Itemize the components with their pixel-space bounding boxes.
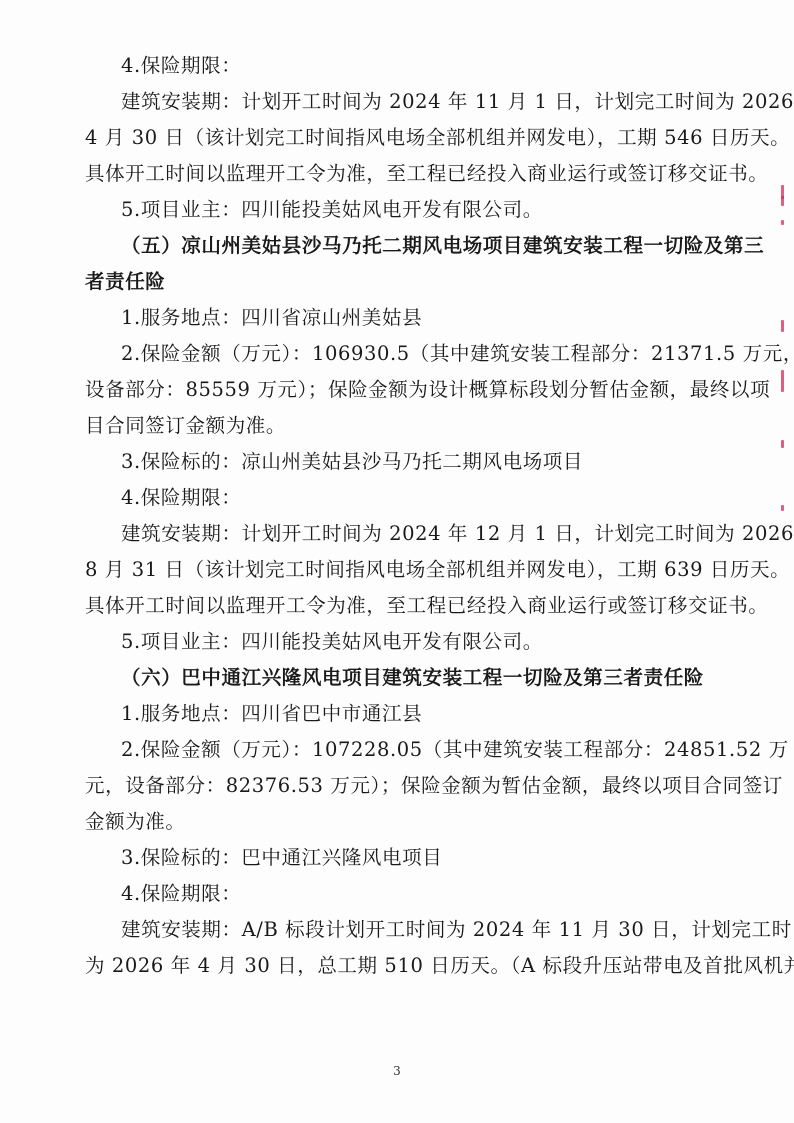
text-line: 目合同签订金额为准。 [85, 408, 715, 444]
paragraph: 4.保险期限： [85, 480, 715, 516]
paragraph: 建筑安装期：计划开工时间为 2024 年 12 月 1 日，计划完工时间为 20… [85, 516, 715, 624]
text-line: （五）凉山州美姑县沙马乃托二期风电场项目建筑安装工程一切险及第三 [85, 228, 715, 264]
paragraph: 建筑安装期：计划开工时间为 2024 年 11 月 1 日，计划完工时间为 20… [85, 84, 715, 192]
text-line: 具体开工时间以监理开工令为准，至工程已经投入商业运行或签订移交证书。 [85, 156, 715, 192]
section-heading: （五）凉山州美姑县沙马乃托二期风电场项目建筑安装工程一切险及第三者责任险 [85, 228, 715, 300]
text-line: 建筑安装期：A/B 标段计划开工时间为 2024 年 11 月 30 日，计划完… [85, 912, 715, 948]
paragraph: 5.项目业主：四川能投美姑风电开发有限公司。 [85, 192, 715, 228]
paragraph: 4.保险期限： [85, 876, 715, 912]
stamp-edge-mark [781, 320, 784, 332]
text-line: 金额为准。 [85, 804, 715, 840]
text-line: 4 月 30 日（该计划完工时间指风电场全部机组并网发电），工期 546 日历天… [85, 120, 715, 156]
stamp-edge-mark [781, 220, 784, 225]
stamp-edge-mark [781, 505, 784, 511]
text-line: 3.保险标的：巴中通江兴隆风电项目 [85, 840, 715, 876]
stamp-edge-mark [781, 440, 784, 448]
text-line: 3.保险标的：凉山州美姑县沙马乃托二期风电场项目 [85, 444, 715, 480]
text-line: （六）巴中通江兴隆风电项目建筑安装工程一切险及第三者责任险 [85, 660, 715, 696]
text-line: 建筑安装期：计划开工时间为 2024 年 11 月 1 日，计划完工时间为 20… [85, 84, 715, 120]
stamp-edge-mark [781, 196, 784, 206]
text-line: 1.服务地点：四川省巴中市通江县 [85, 696, 715, 732]
text-line: 1.服务地点：四川省凉山州美姑县 [85, 300, 715, 336]
text-line: 具体开工时间以监理开工令为准，至工程已经投入商业运行或签订移交证书。 [85, 588, 715, 624]
text-line: 为 2026 年 4 月 30 日，总工期 510 日历天。（A 标段升压站带电… [85, 948, 715, 984]
text-line: 5.项目业主：四川能投美姑风电开发有限公司。 [85, 192, 715, 228]
text-line: 5.项目业主：四川能投美姑风电开发有限公司。 [85, 624, 715, 660]
text-line: 8 月 31 日（该计划完工时间指风电场全部机组并网发电），工期 639 日历天… [85, 552, 715, 588]
text-line: 2.保险金额（万元）：107228.05（其中建筑安装工程部分：24851.52… [85, 732, 715, 768]
paragraph: 1.服务地点：四川省巴中市通江县 [85, 696, 715, 732]
text-line: 设备部分：85559 万元）；保险金额为设计概算标段划分暂估金额，最终以项 [85, 372, 715, 408]
text-line: 者责任险 [85, 264, 715, 300]
section-heading: （六）巴中通江兴隆风电项目建筑安装工程一切险及第三者责任险 [85, 660, 715, 696]
paragraph: 5.项目业主：四川能投美姑风电开发有限公司。 [85, 624, 715, 660]
text-line: 2.保险金额（万元）：106930.5（其中建筑安装工程部分：21371.5 万… [85, 336, 715, 372]
paragraph: 3.保险标的：凉山州美姑县沙马乃托二期风电场项目 [85, 444, 715, 480]
paragraph: 1.服务地点：四川省凉山州美姑县 [85, 300, 715, 336]
stamp-edge-mark [781, 370, 784, 392]
text-line: 元，设备部分：82376.53 万元）；保险金额为暂估金额，最终以项目合同签订 [85, 768, 715, 804]
document-page: 4.保险期限：建筑安装期：计划开工时间为 2024 年 11 月 1 日，计划完… [0, 0, 794, 1123]
text-line: 4.保险期限： [85, 480, 715, 516]
paragraph: 3.保险标的：巴中通江兴隆风电项目 [85, 840, 715, 876]
text-line: 4.保险期限： [85, 876, 715, 912]
page-number: 3 [0, 1064, 794, 1078]
text-line: 4.保险期限： [85, 48, 715, 84]
paragraph: 2.保险金额（万元）：106930.5（其中建筑安装工程部分：21371.5 万… [85, 336, 715, 444]
document-body: 4.保险期限：建筑安装期：计划开工时间为 2024 年 11 月 1 日，计划完… [85, 48, 715, 984]
paragraph: 4.保险期限： [85, 48, 715, 84]
text-line: 建筑安装期：计划开工时间为 2024 年 12 月 1 日，计划完工时间为 20… [85, 516, 715, 552]
paragraph: 2.保险金额（万元）：107228.05（其中建筑安装工程部分：24851.52… [85, 732, 715, 840]
paragraph: 建筑安装期：A/B 标段计划开工时间为 2024 年 11 月 30 日，计划完… [85, 912, 715, 984]
